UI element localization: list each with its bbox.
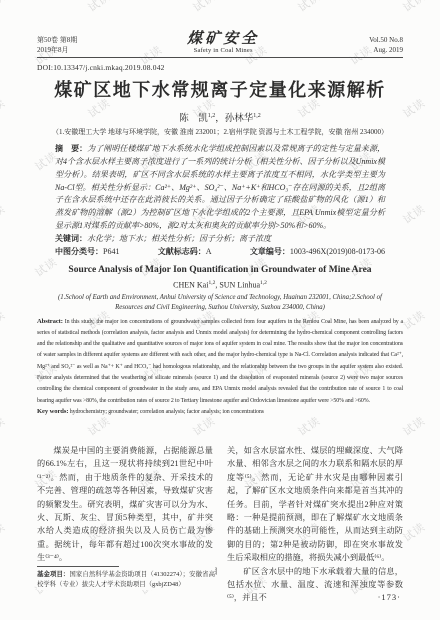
author-separator: ， — [215, 114, 225, 124]
author-affil-sup: 1,2 — [253, 113, 261, 119]
watermark-text: 试读 — [0, 95, 8, 122]
keywords-text-en: hydrochemistry; groundwater; correlation… — [70, 409, 264, 415]
abstract-cn: 摘 要：为了阐明任楼煤矿地下水系统水化学组成控制因素以及常规离子的定性与定量来源… — [55, 143, 385, 233]
affiliation-cn: （1.安徽理工大学 地球与环境学院，安徽 淮南 232001；2.宿州学院 资源… — [37, 128, 403, 137]
document-code: 文献标志码：A — [158, 246, 212, 259]
author-name-en: CHEN Kai — [173, 281, 208, 290]
article-title-cn: 煤矿区地下水常规离子定量化来源解析 — [37, 79, 403, 102]
keywords-label-en: Key words: — [37, 408, 68, 415]
keywords-en: Key words: hydrochemistry; groundwater; … — [37, 407, 403, 417]
header-divider — [37, 57, 403, 58]
funding-text: 基金项目：国家自然科学基金资助项目（41302274）；安徽省高校学科（专业）拔… — [37, 570, 215, 590]
page-upper-content: 第50卷 第8期 2019年8月 煤矿安全 Safety in Coal Min… — [37, 0, 403, 417]
issue-date-en: Aug. 2019 — [369, 46, 403, 56]
doc-code-label: 文献标志码： — [158, 247, 206, 256]
abstract-label-en: Abstract: — [37, 318, 63, 325]
article-id-value: 1003-496X(2019)08-0173-06 — [290, 247, 385, 256]
watermark-text: 试读 — [0, 413, 8, 440]
doi-text: DOI:10.13347/j.cnki.mkaq.2019.08.042 — [37, 63, 403, 72]
volume-number-en: Vol.50 No.8 — [369, 36, 403, 46]
volume-issue-line: 第50卷 第8期 — [37, 36, 77, 46]
author-line-cn: 陈 凯1,2，孙林华1,2 — [37, 110, 403, 125]
author-name-cn: 孙林华 — [225, 114, 254, 124]
keywords-label-cn: 关键词： — [55, 234, 87, 243]
volume-issue-en: Vol.50 No.8 Aug. 2019 — [369, 36, 403, 55]
author-name-en: SUN Linhua — [219, 281, 260, 290]
watermark-text: 试读 — [400, 0, 429, 15]
funding-footnote: 基金项目：国家自然科学基金资助项目（41302274）；安徽省高校学科（专业）拔… — [37, 566, 215, 590]
journal-name-en: Safety in Coal Mines — [187, 47, 259, 55]
body-paragraph: 关，如含水层富水性、煤层的埋藏深度、大气降水量、相邻含水层之间的水力联系和隔水层… — [227, 444, 403, 565]
article-id-label: 文章编号： — [250, 247, 290, 256]
watermark-text: 试读 — [0, 307, 8, 334]
journal-page: 试读试读试读试读试读试读试读试读试读试读试读试读试读试读试读试读试读试读试读试读… — [0, 0, 440, 620]
footnote-divider — [37, 566, 119, 567]
abstract-text-cn: 为了阐明任楼煤矿地下水系统水化学组成控制因素以及常规离子的定性与定量来源，对4个… — [55, 144, 385, 230]
author-name-cn: 陈 凯 — [179, 114, 208, 124]
funding-label: 基金项目： — [37, 571, 69, 578]
clc-number: 中图分类号：P641 — [55, 246, 119, 259]
watermark-text: 试读 — [0, 201, 8, 228]
keywords-cn: 关键词：水化学；地下水；相关性分析；因子分析；离子浓度 — [55, 233, 385, 246]
classification-row: 中图分类号：P641 文献标志码：A 文章编号：1003-496X(2019)0… — [55, 246, 385, 259]
clc-value: P641 — [103, 247, 119, 256]
keywords-text-cn: 水化学；地下水；相关性分析；因子分析；离子浓度 — [87, 234, 271, 243]
watermark-text: 试读 — [0, 519, 8, 546]
abstract-en: Abstract: In this study, the major ion c… — [37, 316, 403, 407]
abstract-text-en: In this study, the major ion concentrati… — [37, 319, 403, 404]
article-title-en: Source Analysis of Major Ion Quantificat… — [37, 264, 403, 276]
journal-name-cn: 煤矿安全 — [187, 31, 259, 47]
issue-date-line: 2019年8月 — [37, 46, 77, 56]
page-number: ·173· — [374, 592, 401, 602]
watermark-text: 试读 — [0, 0, 8, 15]
article-id: 文章编号：1003-496X(2019)08-0173-06 — [250, 246, 385, 259]
affiliation-en: (1.School of Earth and Environment, Anhu… — [37, 293, 403, 313]
author-line-en: CHEN Kai1,2, SUN Linhua1,2 — [37, 278, 403, 291]
journal-header: 第50卷 第8期 2019年8月 煤矿安全 Safety in Coal Min… — [37, 31, 403, 55]
author-affil-sup: 1,2 — [260, 280, 267, 286]
clc-label: 中图分类号： — [55, 247, 103, 256]
journal-logo: 煤矿安全 Safety in Coal Mines — [187, 31, 259, 55]
watermark-text: 试读 — [400, 307, 429, 334]
doc-code-value: A — [206, 247, 212, 256]
watermark-text: 试读 — [400, 95, 429, 122]
watermark-text: 试读 — [400, 519, 429, 546]
watermark-text: 试读 — [400, 201, 429, 228]
watermark-text: 试读 — [400, 413, 429, 440]
body-column-right: 关，如含水层富水性、煤层的埋藏深度、大气降水量、相邻含水层之间的水力联系和隔水层… — [227, 444, 403, 605]
abstract-label-cn: 摘 要： — [55, 144, 87, 153]
body-paragraph: 煤炭是中国的主要消费能源，占据能源总量的66.1%左右，且这一现状将持续到21世… — [37, 444, 213, 565]
volume-issue-cn: 第50卷 第8期 2019年8月 — [37, 36, 77, 55]
